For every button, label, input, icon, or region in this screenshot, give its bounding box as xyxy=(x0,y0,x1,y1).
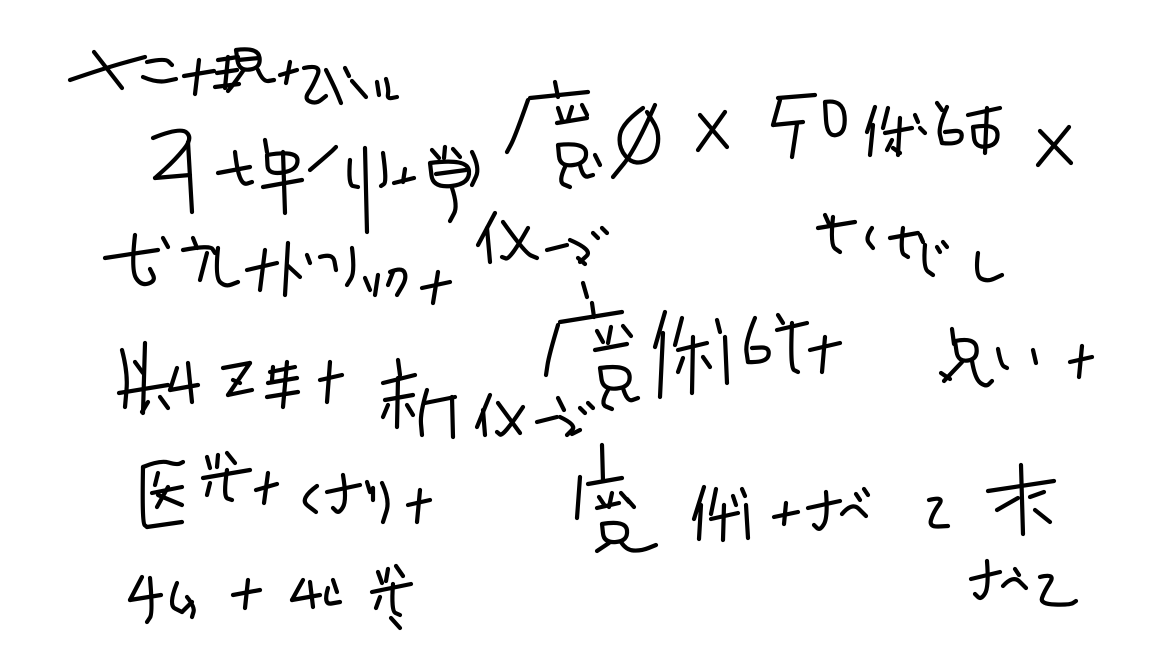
ink-stroke xyxy=(588,403,593,408)
ink-stroke xyxy=(135,362,143,373)
ink-stroke xyxy=(130,595,161,600)
ink-stroke xyxy=(711,489,716,514)
ink-stroke xyxy=(225,57,228,88)
ink-stroke xyxy=(200,253,207,280)
ink-stroke xyxy=(608,327,611,343)
ink-stroke xyxy=(717,320,720,332)
ink-stroke xyxy=(1035,510,1050,522)
ink-stroke xyxy=(382,483,388,522)
ink-stroke xyxy=(943,242,947,247)
ink-stroke xyxy=(558,144,586,165)
ink-stroke xyxy=(699,505,701,539)
ink-stroke xyxy=(365,278,370,290)
ink-stroke xyxy=(725,337,727,383)
ink-stroke xyxy=(623,326,631,336)
ink-stroke xyxy=(147,522,182,527)
ink-stroke xyxy=(133,235,154,284)
ink-stroke xyxy=(773,100,780,125)
ink-stroke xyxy=(580,165,593,177)
ink-stroke xyxy=(432,150,439,158)
ink-stroke xyxy=(305,486,317,512)
ink-stroke xyxy=(397,378,398,427)
ink-stroke xyxy=(267,392,298,397)
ink-stroke xyxy=(352,81,366,97)
ink-stroke xyxy=(627,499,634,507)
ink-stroke xyxy=(588,478,622,484)
ink-stroke xyxy=(376,597,380,608)
ink-stroke xyxy=(602,523,627,542)
ink-stroke xyxy=(568,107,572,120)
ink-stroke xyxy=(595,155,600,165)
ink-stroke xyxy=(842,506,866,516)
ink-stroke xyxy=(546,325,558,375)
handwriting-line-9 xyxy=(143,453,430,527)
handwriting-line-3 xyxy=(153,131,477,232)
ink-stroke xyxy=(1079,346,1082,377)
ink-stroke xyxy=(155,175,190,178)
ink-stroke xyxy=(621,542,656,551)
ink-stroke xyxy=(272,367,273,380)
ink-stroke xyxy=(381,153,385,186)
ink-stroke xyxy=(143,467,147,527)
ink-stroke xyxy=(407,405,413,415)
ink-stroke xyxy=(188,363,192,402)
ink-stroke xyxy=(383,405,388,417)
ink-stroke xyxy=(450,188,456,221)
ink-stroke xyxy=(870,125,873,155)
ink-stroke xyxy=(304,67,326,103)
ink-stroke xyxy=(345,68,349,76)
ink-stroke xyxy=(997,498,1018,510)
ink-stroke xyxy=(778,95,815,98)
handwriting-line-8 xyxy=(546,303,1092,410)
ink-stroke xyxy=(1021,465,1023,534)
ink-stroke xyxy=(472,152,477,185)
ink-stroke xyxy=(832,217,840,252)
ink-stroke xyxy=(207,457,210,468)
ink-stroke xyxy=(365,148,367,232)
ink-stroke xyxy=(444,147,445,158)
handwriting-canvas[interactable] xyxy=(0,0,1152,648)
ink-stroke xyxy=(791,323,798,372)
ink-stroke xyxy=(349,160,358,187)
ink-stroke xyxy=(403,169,405,182)
ink-stroke xyxy=(285,243,288,295)
ink-stroke xyxy=(386,569,388,581)
ink-stroke xyxy=(417,490,420,522)
ink-stroke xyxy=(286,62,290,83)
ink-stroke xyxy=(920,128,925,133)
ink-stroke xyxy=(453,149,460,157)
ink-stroke xyxy=(530,92,588,98)
ink-stroke xyxy=(217,248,238,285)
ink-stroke xyxy=(218,167,250,173)
ink-stroke xyxy=(733,496,736,505)
ink-stroke xyxy=(436,170,466,174)
ink-stroke xyxy=(502,228,528,259)
ink-stroke xyxy=(937,103,942,110)
ink-stroke xyxy=(929,499,948,527)
ink-stroke xyxy=(122,350,127,407)
handwriting-line-1 xyxy=(70,49,397,103)
ink-stroke xyxy=(561,167,570,187)
ink-stroke xyxy=(937,247,940,252)
ink-stroke xyxy=(238,58,259,60)
ink-stroke xyxy=(940,107,947,143)
handwriting-line-4 xyxy=(105,235,450,303)
ink-stroke xyxy=(971,572,1000,579)
ink-stroke xyxy=(188,142,192,212)
ink-stroke xyxy=(968,108,1000,115)
ink-stroke xyxy=(307,255,310,263)
ink-stroke xyxy=(347,248,353,285)
ink-stroke xyxy=(703,357,710,367)
ink-stroke xyxy=(310,147,336,170)
ink-stroke xyxy=(396,566,403,576)
handwriting-line-7 xyxy=(119,343,593,437)
ink-stroke xyxy=(577,477,580,518)
ink-stroke xyxy=(864,489,868,495)
ink-stroke xyxy=(155,473,158,485)
ink-stroke xyxy=(310,582,313,607)
ink-stroke xyxy=(375,275,378,295)
ink-stroke xyxy=(784,503,786,524)
ink-stroke xyxy=(260,250,265,290)
ink-stroke xyxy=(1040,576,1076,605)
ink-stroke xyxy=(378,572,382,583)
ink-stroke xyxy=(808,501,840,508)
ink-stroke xyxy=(675,318,682,345)
ink-stroke xyxy=(283,152,285,213)
ink-stroke xyxy=(391,618,400,628)
ink-stroke xyxy=(258,70,274,81)
ink-stroke xyxy=(547,245,567,250)
ink-stroke xyxy=(822,337,825,372)
ink-stroke xyxy=(623,388,638,400)
ink-stroke xyxy=(825,102,845,136)
ink-strokes xyxy=(0,0,1152,648)
ink-stroke xyxy=(924,245,933,275)
ink-stroke xyxy=(1003,579,1026,588)
ink-stroke xyxy=(602,445,603,481)
ink-stroke xyxy=(558,398,564,410)
handwriting-line-6 xyxy=(818,215,1002,280)
ink-stroke xyxy=(228,71,243,91)
ink-stroke xyxy=(227,453,235,463)
ink-stroke xyxy=(207,483,210,495)
ink-stroke xyxy=(920,235,923,242)
handwriting-line-13 xyxy=(130,566,411,628)
ink-stroke xyxy=(377,82,379,95)
handwriting-line-11 xyxy=(988,465,1054,534)
ink-stroke xyxy=(595,344,627,350)
handwriting-line-12 xyxy=(971,561,1076,605)
ink-stroke xyxy=(1030,492,1044,497)
ink-stroke xyxy=(597,503,619,508)
ink-stroke xyxy=(560,312,622,322)
ink-stroke xyxy=(1015,569,1019,575)
ink-stroke xyxy=(172,583,182,612)
ink-stroke xyxy=(487,228,490,262)
ink-stroke xyxy=(600,367,630,389)
ink-stroke xyxy=(580,408,585,413)
ink-stroke xyxy=(955,340,977,361)
ink-stroke xyxy=(421,390,427,435)
ink-stroke xyxy=(868,228,873,248)
handwriting-line-10 xyxy=(577,445,948,551)
ink-stroke xyxy=(170,385,198,390)
ink-stroke xyxy=(977,253,1002,280)
ink-stroke xyxy=(678,358,683,372)
ink-stroke xyxy=(160,397,168,408)
ink-stroke xyxy=(452,397,453,437)
ink-stroke xyxy=(143,462,183,467)
ink-stroke xyxy=(593,233,598,238)
ink-stroke xyxy=(998,349,1007,368)
ink-stroke xyxy=(147,578,152,622)
ink-stroke xyxy=(326,70,341,103)
ink-stroke xyxy=(367,482,370,492)
ink-stroke xyxy=(742,489,745,496)
ink-stroke xyxy=(902,228,908,257)
ink-stroke xyxy=(333,475,345,512)
ink-stroke xyxy=(660,333,663,397)
handwriting-line-2 xyxy=(507,82,1071,187)
ink-stroke xyxy=(327,362,330,402)
ink-stroke xyxy=(972,361,992,385)
ink-stroke xyxy=(942,131,962,144)
ink-stroke xyxy=(320,256,336,270)
ink-stroke xyxy=(883,108,888,128)
ink-stroke xyxy=(163,238,168,247)
ink-stroke xyxy=(583,283,587,297)
ink-stroke xyxy=(825,215,829,224)
ink-stroke xyxy=(692,337,693,393)
ink-stroke xyxy=(233,380,240,383)
ink-stroke xyxy=(245,580,248,608)
ink-stroke xyxy=(386,79,397,98)
ink-stroke xyxy=(195,60,199,94)
ink-stroke xyxy=(746,505,748,538)
ink-stroke xyxy=(143,343,145,413)
ink-stroke xyxy=(746,318,755,362)
ink-stroke xyxy=(915,115,918,122)
ink-stroke xyxy=(433,272,438,303)
ink-stroke xyxy=(147,60,172,65)
ink-stroke xyxy=(388,272,393,285)
ink-stroke xyxy=(597,331,603,342)
ink-stroke xyxy=(1033,350,1036,363)
handwriting-line-5 xyxy=(478,213,607,297)
ink-stroke xyxy=(265,140,267,152)
ink-stroke xyxy=(264,473,268,503)
ink-stroke xyxy=(483,410,485,435)
ink-stroke xyxy=(778,315,783,323)
ink-stroke xyxy=(217,455,218,467)
ink-stroke xyxy=(507,100,528,152)
ink-stroke xyxy=(723,505,724,540)
ink-stroke xyxy=(582,105,587,115)
ink-stroke xyxy=(602,228,607,233)
ink-stroke xyxy=(537,417,557,422)
ink-stroke xyxy=(398,360,400,375)
ink-stroke xyxy=(792,124,797,157)
ink-stroke xyxy=(143,77,176,82)
ink-stroke xyxy=(153,131,189,178)
ink-stroke xyxy=(597,543,609,551)
ink-stroke xyxy=(603,390,612,409)
ink-stroke xyxy=(558,108,562,120)
ink-stroke xyxy=(748,347,769,362)
ink-stroke xyxy=(856,494,860,500)
ink-stroke xyxy=(287,265,300,277)
ink-stroke xyxy=(333,580,337,592)
ink-stroke xyxy=(170,368,177,390)
ink-stroke xyxy=(818,222,855,228)
ink-stroke xyxy=(814,492,827,529)
